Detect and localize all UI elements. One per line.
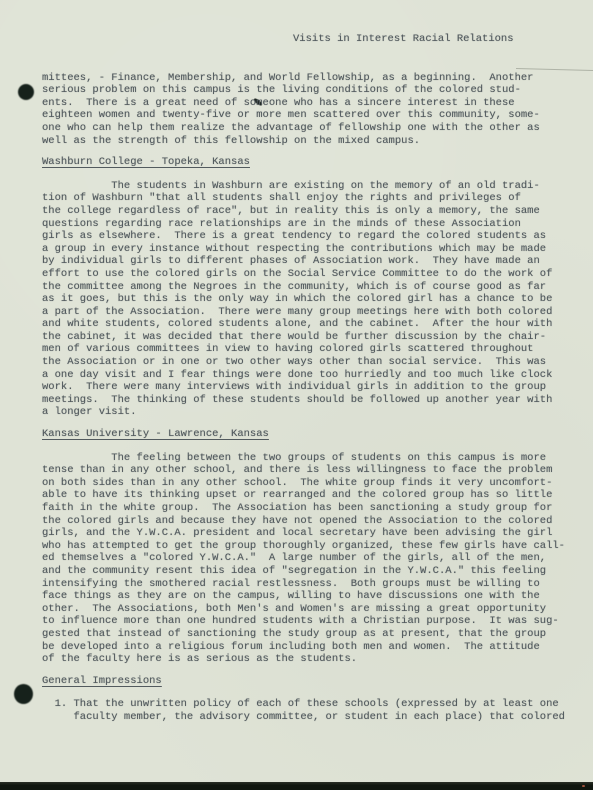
text-line: the Association or in one or two other w… <box>42 356 567 369</box>
section-heading: Washburn College - Topeka, Kansas <box>42 156 567 169</box>
section-heading: Kansas University - Lawrence, Kansas <box>42 428 567 441</box>
text-line: tense than in any other school, and ther… <box>42 464 567 477</box>
text-line: meetings. The thinking of these students… <box>42 394 567 407</box>
text-line: questions regarding race relationships a… <box>42 218 567 231</box>
text-line: the cabinet, it was decided that there w… <box>42 331 567 344</box>
document-body: mittees, - Finance, Membership, and Worl… <box>42 72 567 724</box>
text-line: serious problem on this campus is the li… <box>42 84 567 97</box>
text-line: tion of Washburn "that all students shal… <box>42 192 567 205</box>
text-line: who has attempted to get the group thoro… <box>42 540 567 553</box>
text-line: a one day visit and I fear things were d… <box>42 369 567 382</box>
text-line: ed themselves a "colored Y.W.C.A." A lar… <box>42 552 567 565</box>
paragraph: The students in Washburn are existing on… <box>42 180 567 419</box>
text-line: well as the strength of this fellowship … <box>42 135 567 148</box>
text-line: The students in Washburn are existing on… <box>42 180 567 193</box>
text-line: the colored girls and because they have … <box>42 515 567 528</box>
text-line: on both sides than in any other school. … <box>42 477 567 490</box>
text-line: eighteen women and twenty-five or more m… <box>42 109 567 122</box>
text-line: the committee among the Negroes in the c… <box>42 281 567 294</box>
text-line: intensifying the smothered racial restle… <box>42 578 567 591</box>
scan-edge-bar <box>0 782 593 790</box>
text-line: one who can help them realize the advant… <box>42 122 567 135</box>
section-heading: General Impressions <box>42 675 567 688</box>
text-line: a part of the Association. There were ma… <box>42 306 567 319</box>
text-line: girls, and the Y.W.C.A. president and lo… <box>42 527 567 540</box>
text-line: work. There were many interviews with in… <box>42 381 567 394</box>
text-line: faith in the white group. The Associatio… <box>42 502 567 515</box>
text-line: be developed into a religious forum incl… <box>42 641 567 654</box>
page-header-title: Visits in Interest Racial Relations <box>293 33 567 46</box>
paragraph: mittees, - Finance, Membership, and Worl… <box>42 72 567 148</box>
text-line: and the community resent this idea of "s… <box>42 565 567 578</box>
paragraph: The feeling between the two groups of st… <box>42 452 567 666</box>
text-line: The feeling between the two groups of st… <box>42 452 567 465</box>
text-line: a longer visit. <box>42 406 567 419</box>
text-line: men of various committees in view to hav… <box>42 343 567 356</box>
text-line: other. The Associations, both Men's and … <box>42 603 567 616</box>
numbered-item: 1. That the unwritten policy of each of … <box>42 698 567 723</box>
hole-punch-bottom <box>14 684 33 704</box>
text-line: mittees, - Finance, Membership, and Worl… <box>42 72 567 85</box>
text-line: gested that instead of sanctioning the s… <box>42 628 567 641</box>
text-line: able to have its thinking upset or rearr… <box>42 489 567 502</box>
text-line: girls as elsewhere. There is a great ten… <box>42 230 567 243</box>
text-line: as it goes, but this is the only way in … <box>42 293 567 306</box>
scanned-document-page: Visits in Interest Racial Relations mitt… <box>0 0 593 790</box>
text-line: to influence more than one hundred stude… <box>42 615 567 628</box>
text-line: the college regardless of race", but in … <box>42 205 567 218</box>
text-line: ents. There is a great need of someone w… <box>42 97 567 110</box>
text-line: 1. That the unwritten policy of each of … <box>42 698 567 711</box>
text-line: face things as they are on the campus, w… <box>42 590 567 603</box>
hole-punch-top <box>18 84 34 100</box>
text-line: faculty member, the advisory committee, … <box>42 711 567 724</box>
text-line: effort to use the colored girls on the S… <box>42 268 567 281</box>
text-line: and white students, colored students alo… <box>42 318 567 331</box>
text-line: of the faculty here is as serious as the… <box>42 653 567 666</box>
text-line: a group in every instance without respec… <box>42 243 567 256</box>
document-content: Visits in Interest Racial Relations mitt… <box>0 0 593 724</box>
red-speck <box>582 785 585 787</box>
text-line: by individual girls to different phases … <box>42 255 567 268</box>
